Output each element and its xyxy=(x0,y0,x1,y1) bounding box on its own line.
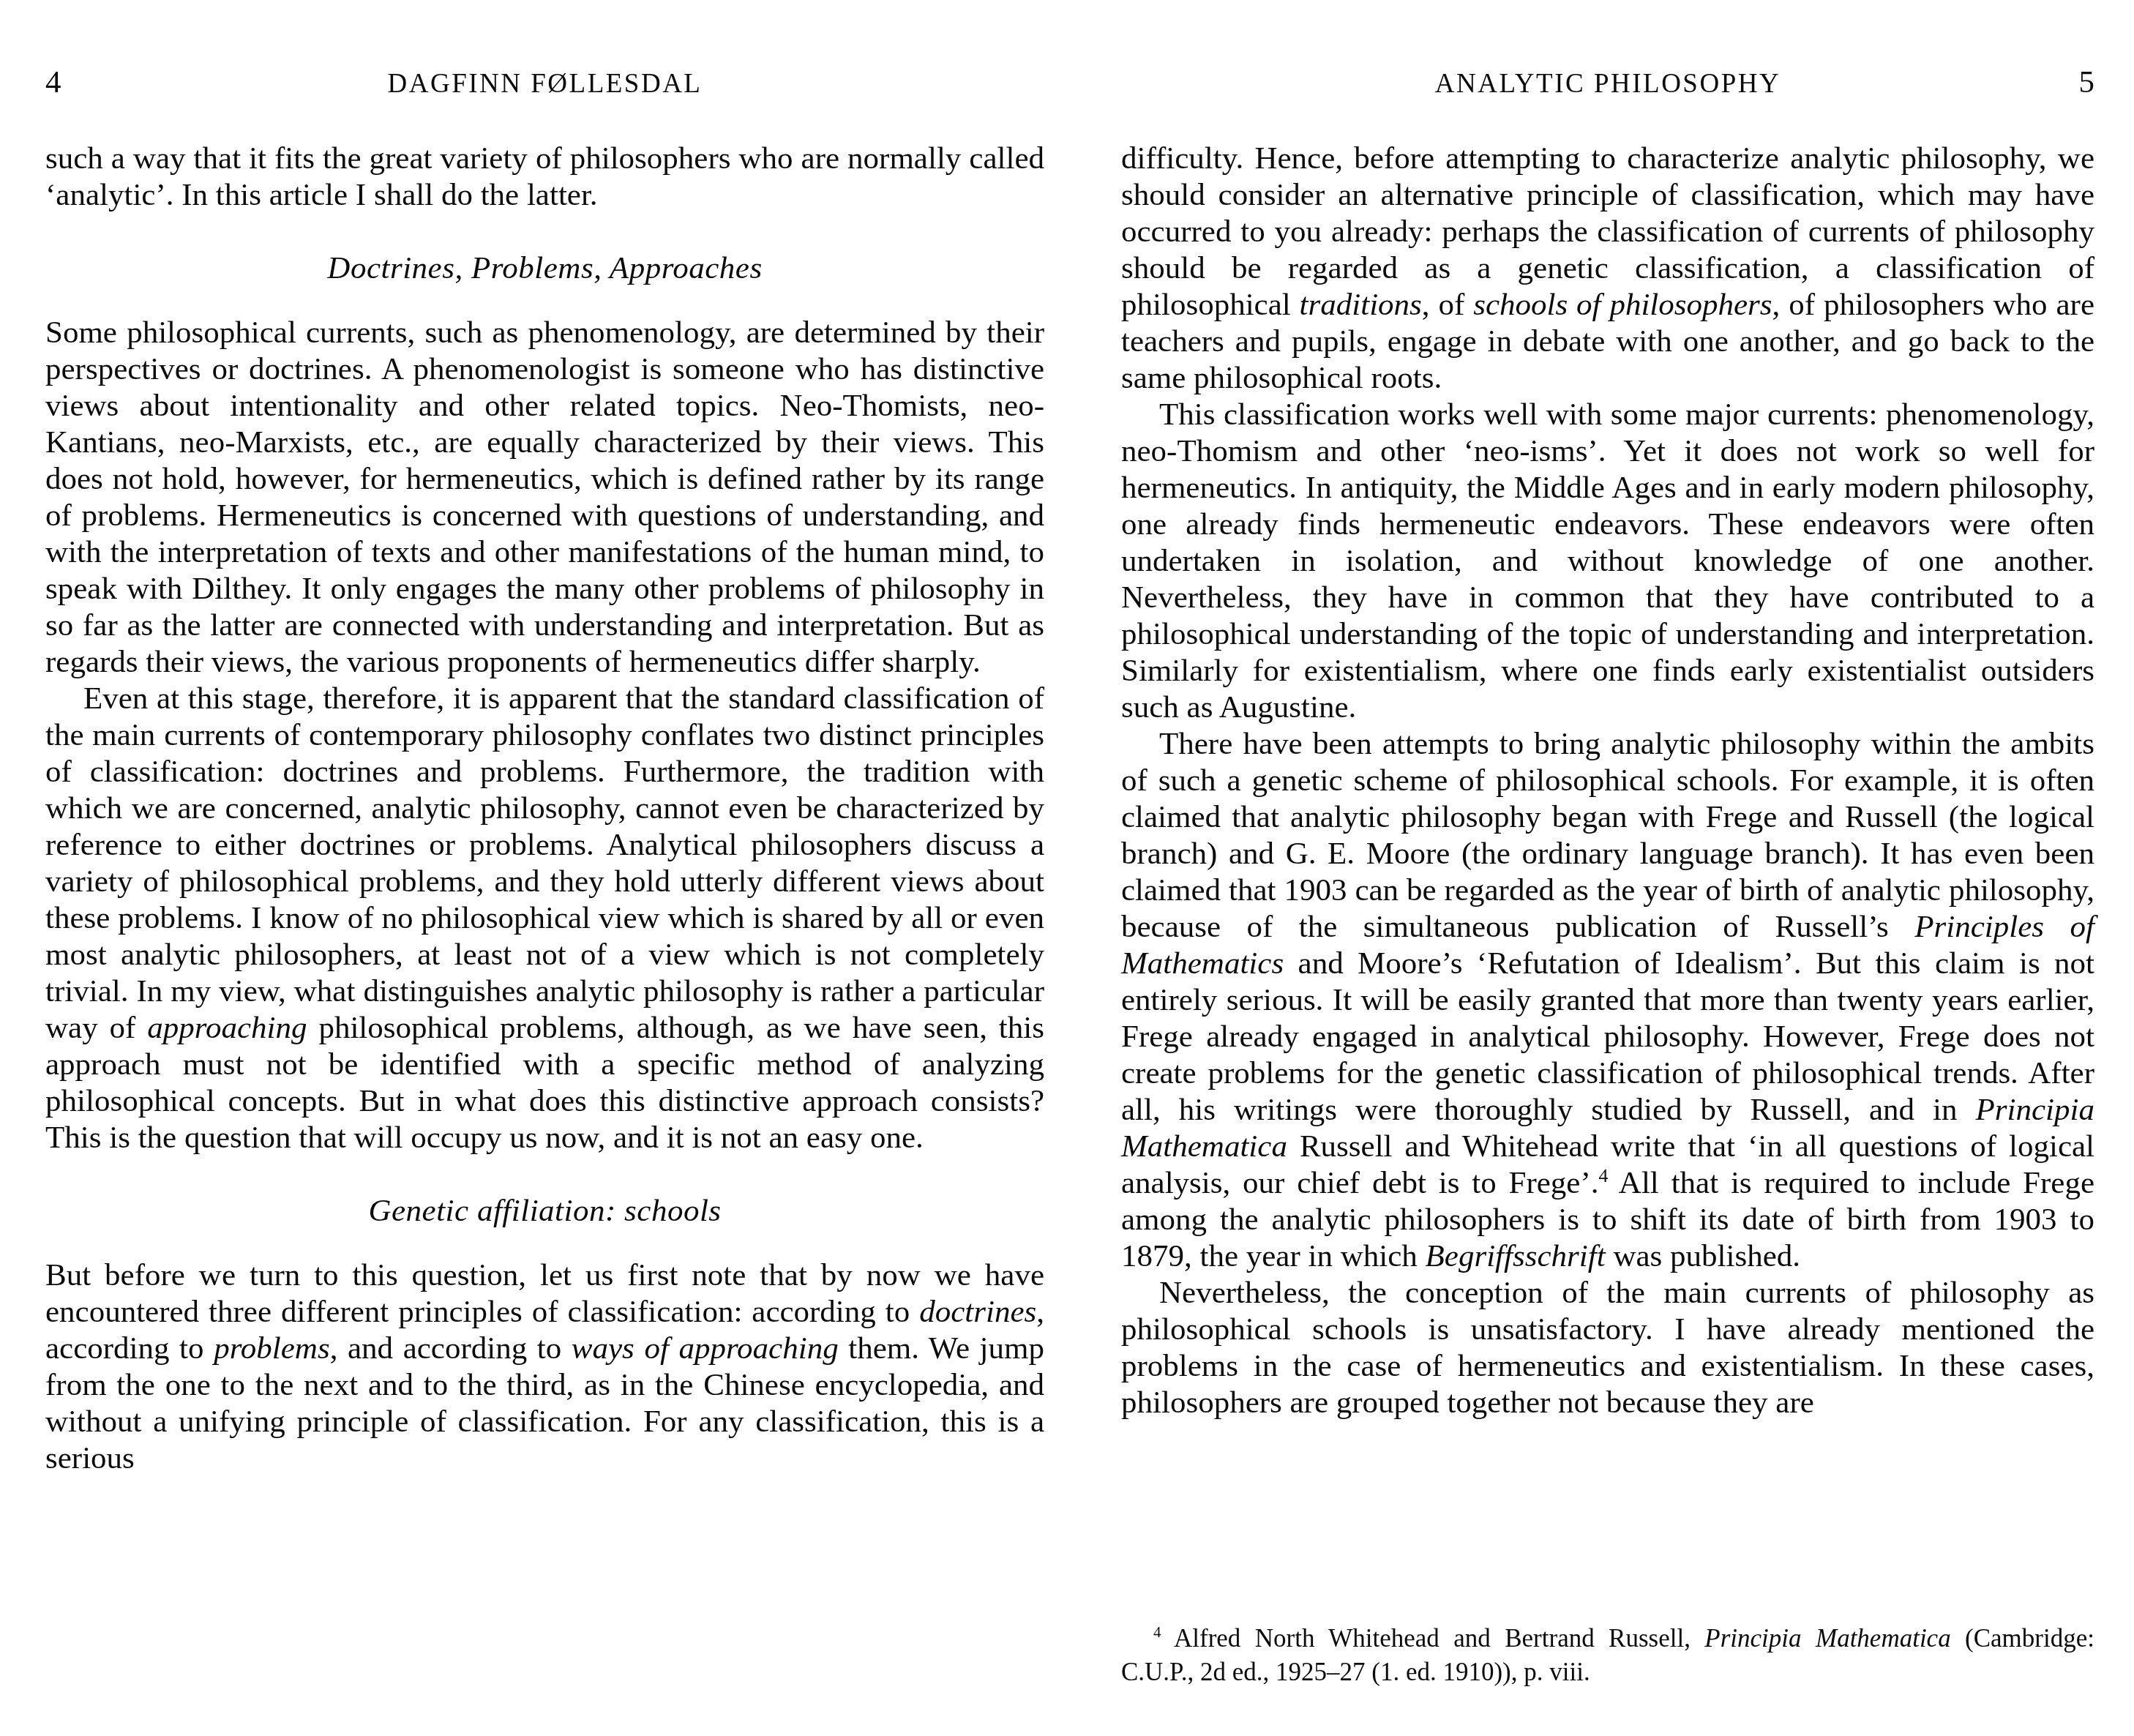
left-running-head: 4 DAGFINN FØLLESDAL xyxy=(45,64,1044,102)
italic-segment: problems xyxy=(214,1331,329,1366)
italic-segment: approaching xyxy=(147,1011,307,1045)
footnote-marker: 4 xyxy=(1599,1165,1609,1186)
paragraph: such a way that it fits the great variet… xyxy=(45,141,1044,214)
text-segment: Alfred North Whitehead and Bertrand Russ… xyxy=(1161,1624,1705,1653)
text-segment: Nevertheless, the conception of the main… xyxy=(1121,1276,2094,1420)
paragraph: 4 Alfred North Whitehead and Bertrand Ru… xyxy=(1121,1622,2094,1689)
footnote: 4 Alfred North Whitehead and Bertrand Ru… xyxy=(1121,1622,2094,1689)
paragraph: Some philosophical currents, such as phe… xyxy=(45,315,1044,681)
italic-segment: schools of philosophers xyxy=(1473,288,1772,322)
left-running-title: DAGFINN FØLLESDAL xyxy=(245,66,845,102)
left-page-number: 4 xyxy=(45,64,245,101)
footnote-marker: 4 xyxy=(1153,1623,1161,1641)
italic-segment: Principia Mathematica xyxy=(1704,1624,1950,1653)
italic-segment: traditions xyxy=(1300,288,1422,322)
italic-segment: Begriffsschrift xyxy=(1426,1239,1606,1273)
section-heading: Doctrines, Problems, Approaches xyxy=(45,250,1044,287)
paragraph: Even at this stage, therefore, it is app… xyxy=(45,681,1044,1156)
paragraph: This classification works well with some… xyxy=(1121,397,2094,726)
italic-segment: doctrines xyxy=(919,1295,1036,1329)
left-page: 4 DAGFINN FØLLESDAL such a way that it f… xyxy=(45,64,1044,1726)
book-spread: 4 DAGFINN FØLLESDAL such a way that it f… xyxy=(0,0,2134,1736)
italic-segment: Genetic affiliation: schools xyxy=(368,1194,721,1228)
paragraph: There have been attempts to bring analyt… xyxy=(1121,726,2094,1275)
right-running-head: ANALYTIC PHILOSOPHY 5 xyxy=(1121,64,2094,102)
paragraph: But before we turn to this question, let… xyxy=(45,1257,1044,1477)
right-page-body: difficulty. Hence, before attempting to … xyxy=(1121,141,2094,1421)
paragraph: Nevertheless, the conception of the main… xyxy=(1121,1275,2094,1421)
right-page: ANALYTIC PHILOSOPHY 5 difficulty. Hence,… xyxy=(1121,64,2094,1726)
text-segment: such a way that it fits the great variet… xyxy=(45,141,1044,212)
italic-segment: ways of approaching xyxy=(572,1331,839,1366)
right-running-title: ANALYTIC PHILOSOPHY xyxy=(1316,66,1900,102)
paragraph: difficulty. Hence, before attempting to … xyxy=(1121,141,2094,397)
right-page-number: 5 xyxy=(1900,64,2094,101)
text-segment: Some philosophical currents, such as phe… xyxy=(45,315,1044,679)
text-segment: This classification works well with some… xyxy=(1121,397,2094,725)
section-heading: Genetic affiliation: schools xyxy=(45,1193,1044,1230)
text-segment: was published. xyxy=(1606,1239,1800,1273)
italic-segment: Doctrines, Problems, Approaches xyxy=(327,251,762,285)
text-segment: , of xyxy=(1422,288,1473,322)
left-page-body: such a way that it fits the great variet… xyxy=(45,141,1044,1477)
text-segment: Even at this stage, therefore, it is app… xyxy=(45,681,1044,1045)
text-segment: But before we turn to this question, let… xyxy=(45,1258,1044,1329)
text-segment: , and according to xyxy=(330,1331,572,1366)
